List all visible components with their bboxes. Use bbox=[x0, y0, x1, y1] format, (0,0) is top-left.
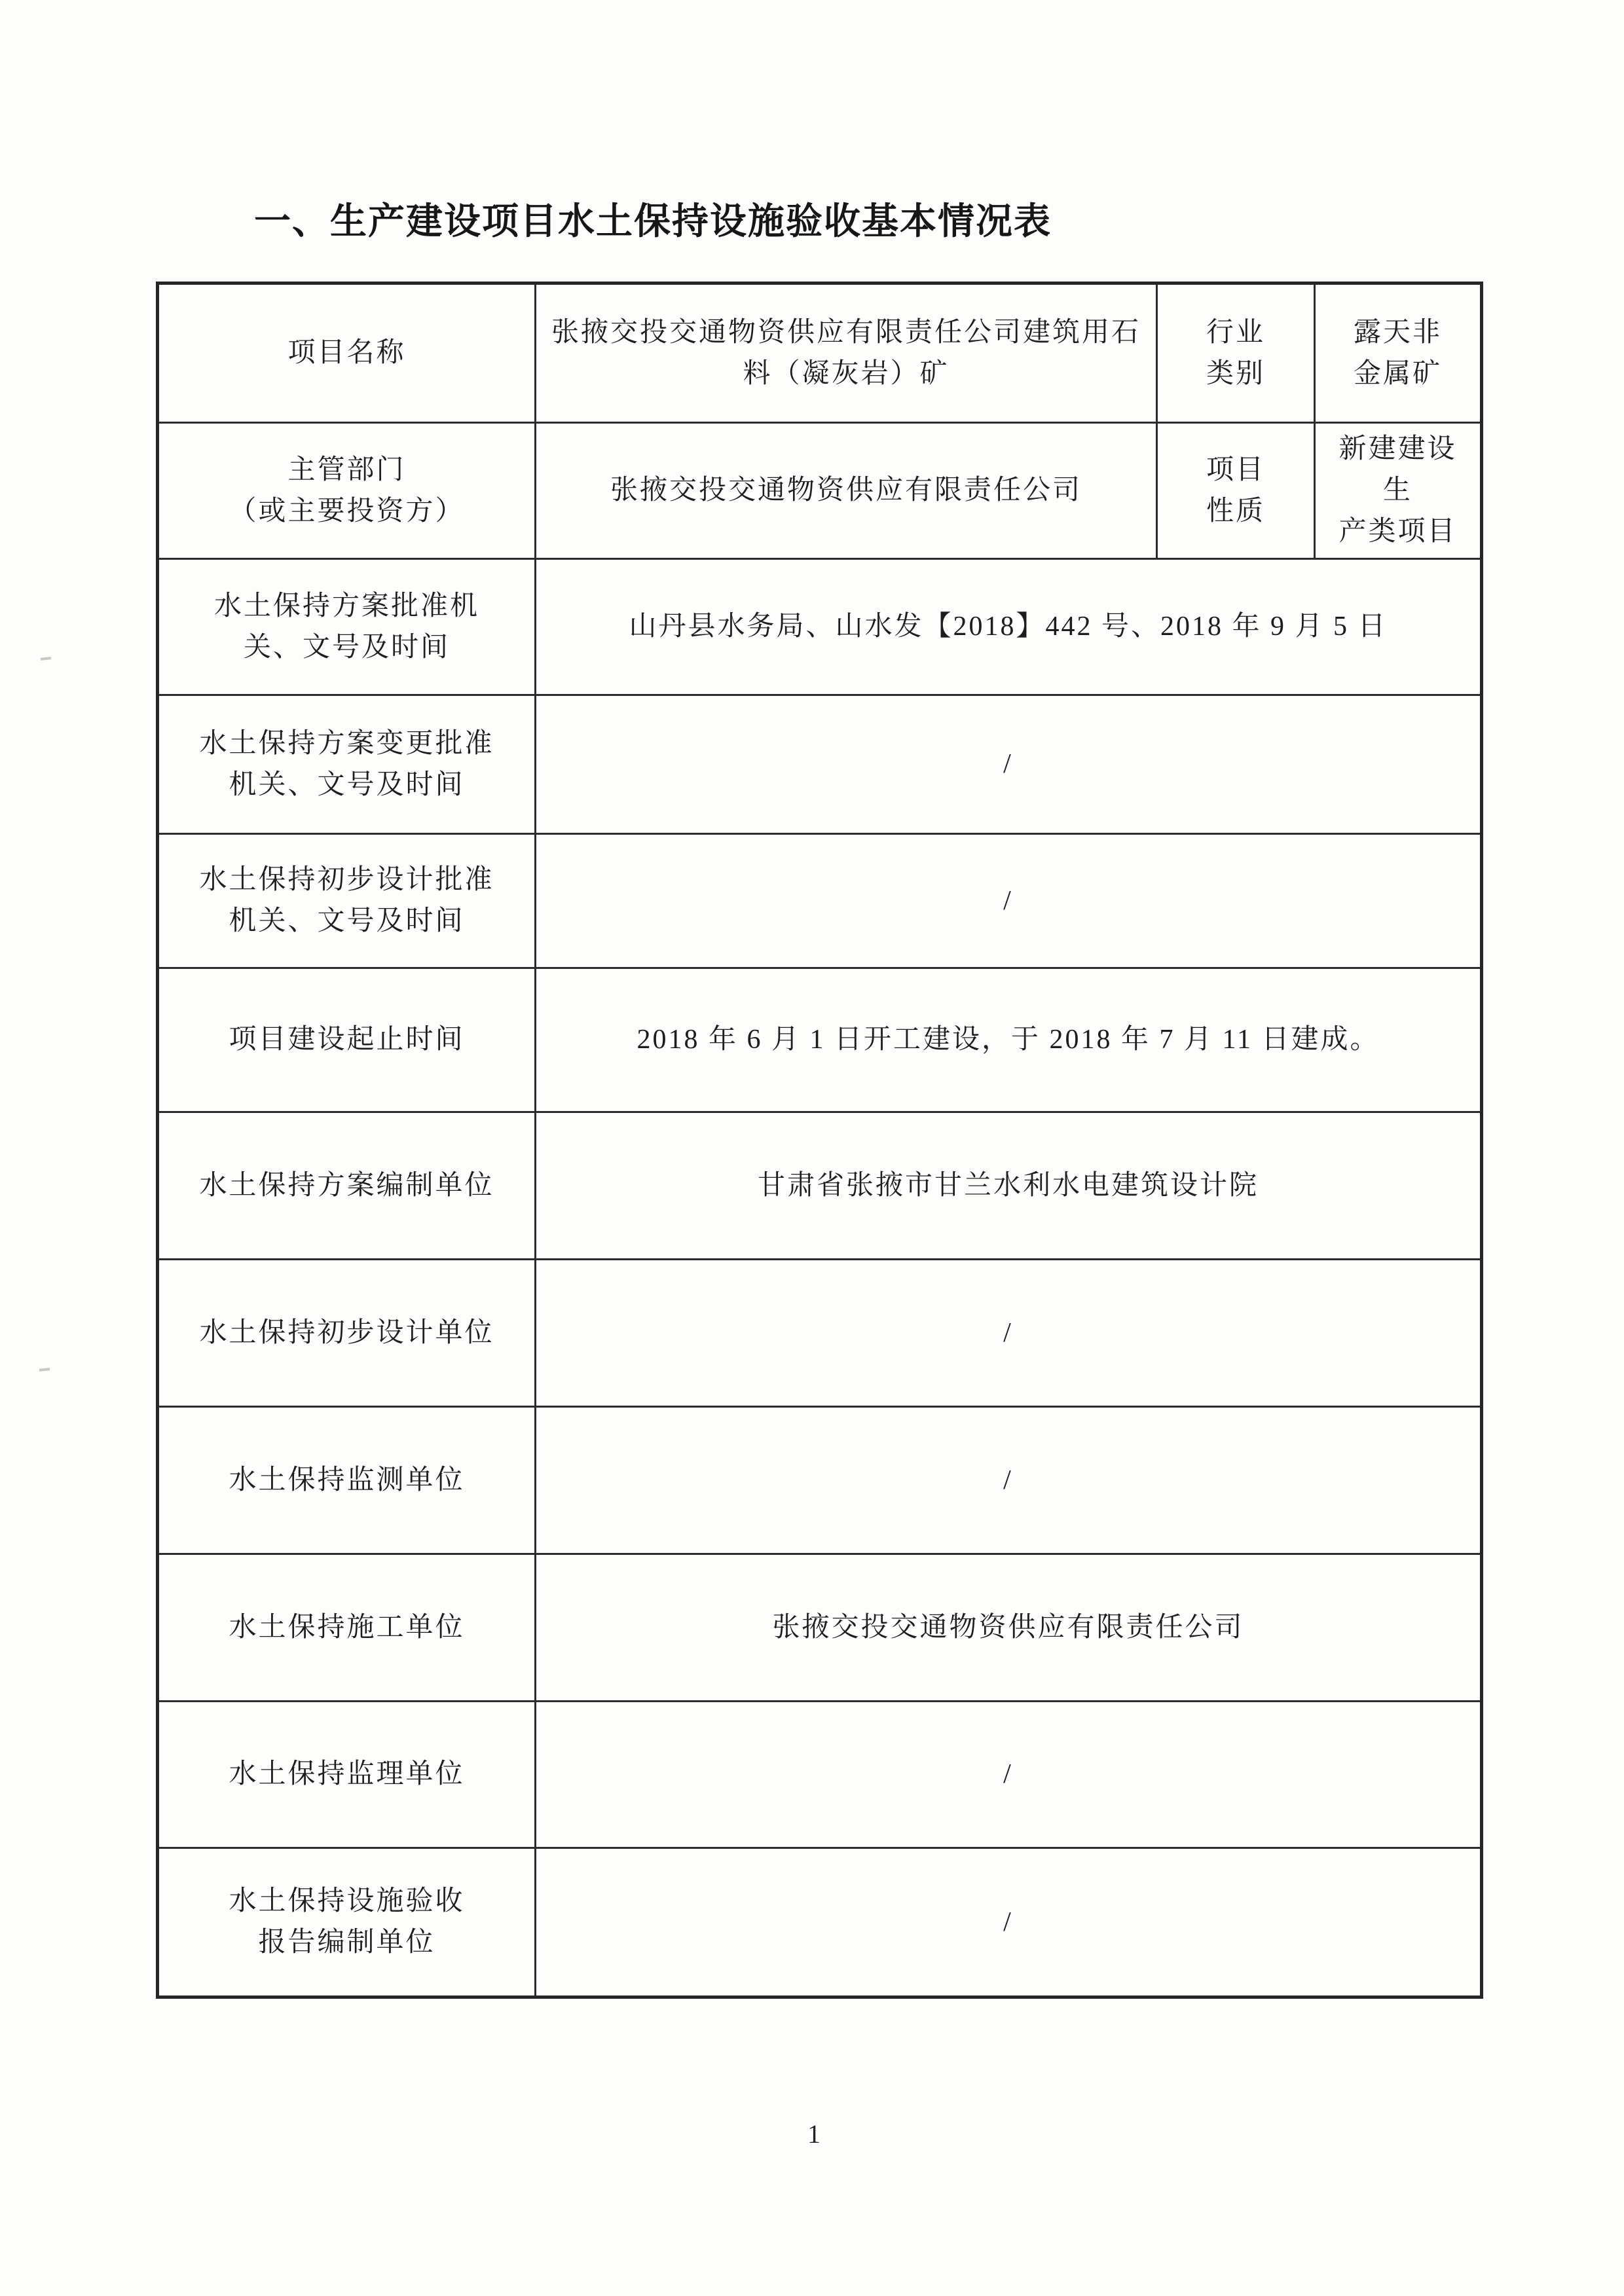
table-row: 水土保持方案编制单位 甘肃省张掖市甘兰水利水电建筑设计院 bbox=[158, 1112, 1482, 1260]
page-title: 一、生产建设项目水土保持设施验收基本情况表 bbox=[254, 192, 1052, 245]
swc-acceptance-report-unit-value: / bbox=[536, 1848, 1482, 1997]
construction-period-label: 项目建设起止时间 bbox=[158, 968, 536, 1112]
table-row: 项目名称 张掖交投交通物资供应有限责任公司建筑用石料（凝灰岩）矿 行业 类别 露… bbox=[158, 283, 1482, 423]
swc-construction-unit-value: 张掖交投交通物资供应有限责任公司 bbox=[536, 1554, 1482, 1702]
swc-plan-compilation-unit-label: 水土保持方案编制单位 bbox=[158, 1112, 536, 1260]
scan-artifact bbox=[39, 1368, 50, 1372]
swc-acceptance-report-unit-label: 水土保持设施验收 报告编制单位 bbox=[158, 1848, 536, 1997]
project-name-value: 张掖交投交通物资供应有限责任公司建筑用石料（凝灰岩）矿 bbox=[536, 283, 1157, 423]
swc-plan-change-approval-value: / bbox=[536, 695, 1482, 834]
swc-monitoring-unit-label: 水土保持监测单位 bbox=[158, 1407, 536, 1554]
table-row: 水土保持监测单位 / bbox=[158, 1407, 1482, 1554]
table-row: 水土保持方案变更批准 机关、文号及时间 / bbox=[158, 695, 1482, 834]
swc-preliminary-design-unit-value: / bbox=[536, 1260, 1482, 1407]
swc-monitoring-unit-value: / bbox=[536, 1407, 1482, 1554]
basic-info-table: 项目名称 张掖交投交通物资供应有限责任公司建筑用石料（凝灰岩）矿 行业 类别 露… bbox=[156, 282, 1483, 1999]
industry-category-value: 露天非 金属矿 bbox=[1315, 283, 1482, 423]
project-nature-label: 项目 性质 bbox=[1157, 423, 1315, 559]
table-row: 主管部门 （或主要投资方） 张掖交投交通物资供应有限责任公司 项目 性质 新建建… bbox=[158, 423, 1482, 559]
swc-plan-approval-value: 山丹县水务局、山水发【2018】442 号、2018 年 9 月 5 日 bbox=[536, 559, 1482, 695]
construction-period-value: 2018 年 6 月 1 日开工建设，于 2018 年 7 月 11 日建成。 bbox=[536, 968, 1482, 1112]
table-row: 水土保持设施验收 报告编制单位 / bbox=[158, 1848, 1482, 1997]
table-row: 水土保持初步设计批准 机关、文号及时间 / bbox=[158, 834, 1482, 968]
swc-plan-compilation-unit-value: 甘肃省张掖市甘兰水利水电建筑设计院 bbox=[536, 1112, 1482, 1260]
swc-supervision-unit-value: / bbox=[536, 1702, 1482, 1848]
table-row: 水土保持初步设计单位 / bbox=[158, 1260, 1482, 1407]
swc-plan-approval-label: 水土保持方案批准机 关、文号及时间 bbox=[158, 559, 536, 695]
swc-preliminary-design-approval-value: / bbox=[536, 834, 1482, 968]
page-number: 1 bbox=[0, 2119, 1624, 2149]
table-row: 水土保持方案批准机 关、文号及时间 山丹县水务局、山水发【2018】442 号、… bbox=[158, 559, 1482, 695]
industry-category-label: 行业 类别 bbox=[1157, 283, 1315, 423]
project-name-label: 项目名称 bbox=[158, 283, 536, 423]
table-row: 水土保持监理单位 / bbox=[158, 1702, 1482, 1848]
swc-preliminary-design-unit-label: 水土保持初步设计单位 bbox=[158, 1260, 536, 1407]
supervising-department-label: 主管部门 （或主要投资方） bbox=[158, 423, 536, 559]
scan-artifact bbox=[41, 657, 51, 661]
project-nature-value: 新建建设生 产类项目 bbox=[1315, 423, 1482, 559]
swc-supervision-unit-label: 水土保持监理单位 bbox=[158, 1702, 536, 1848]
supervising-department-value: 张掖交投交通物资供应有限责任公司 bbox=[536, 423, 1157, 559]
swc-preliminary-design-approval-label: 水土保持初步设计批准 机关、文号及时间 bbox=[158, 834, 536, 968]
swc-construction-unit-label: 水土保持施工单位 bbox=[158, 1554, 536, 1702]
swc-plan-change-approval-label: 水土保持方案变更批准 机关、文号及时间 bbox=[158, 695, 536, 834]
table-row: 水土保持施工单位 张掖交投交通物资供应有限责任公司 bbox=[158, 1554, 1482, 1702]
table-row: 项目建设起止时间 2018 年 6 月 1 日开工建设，于 2018 年 7 月… bbox=[158, 968, 1482, 1112]
